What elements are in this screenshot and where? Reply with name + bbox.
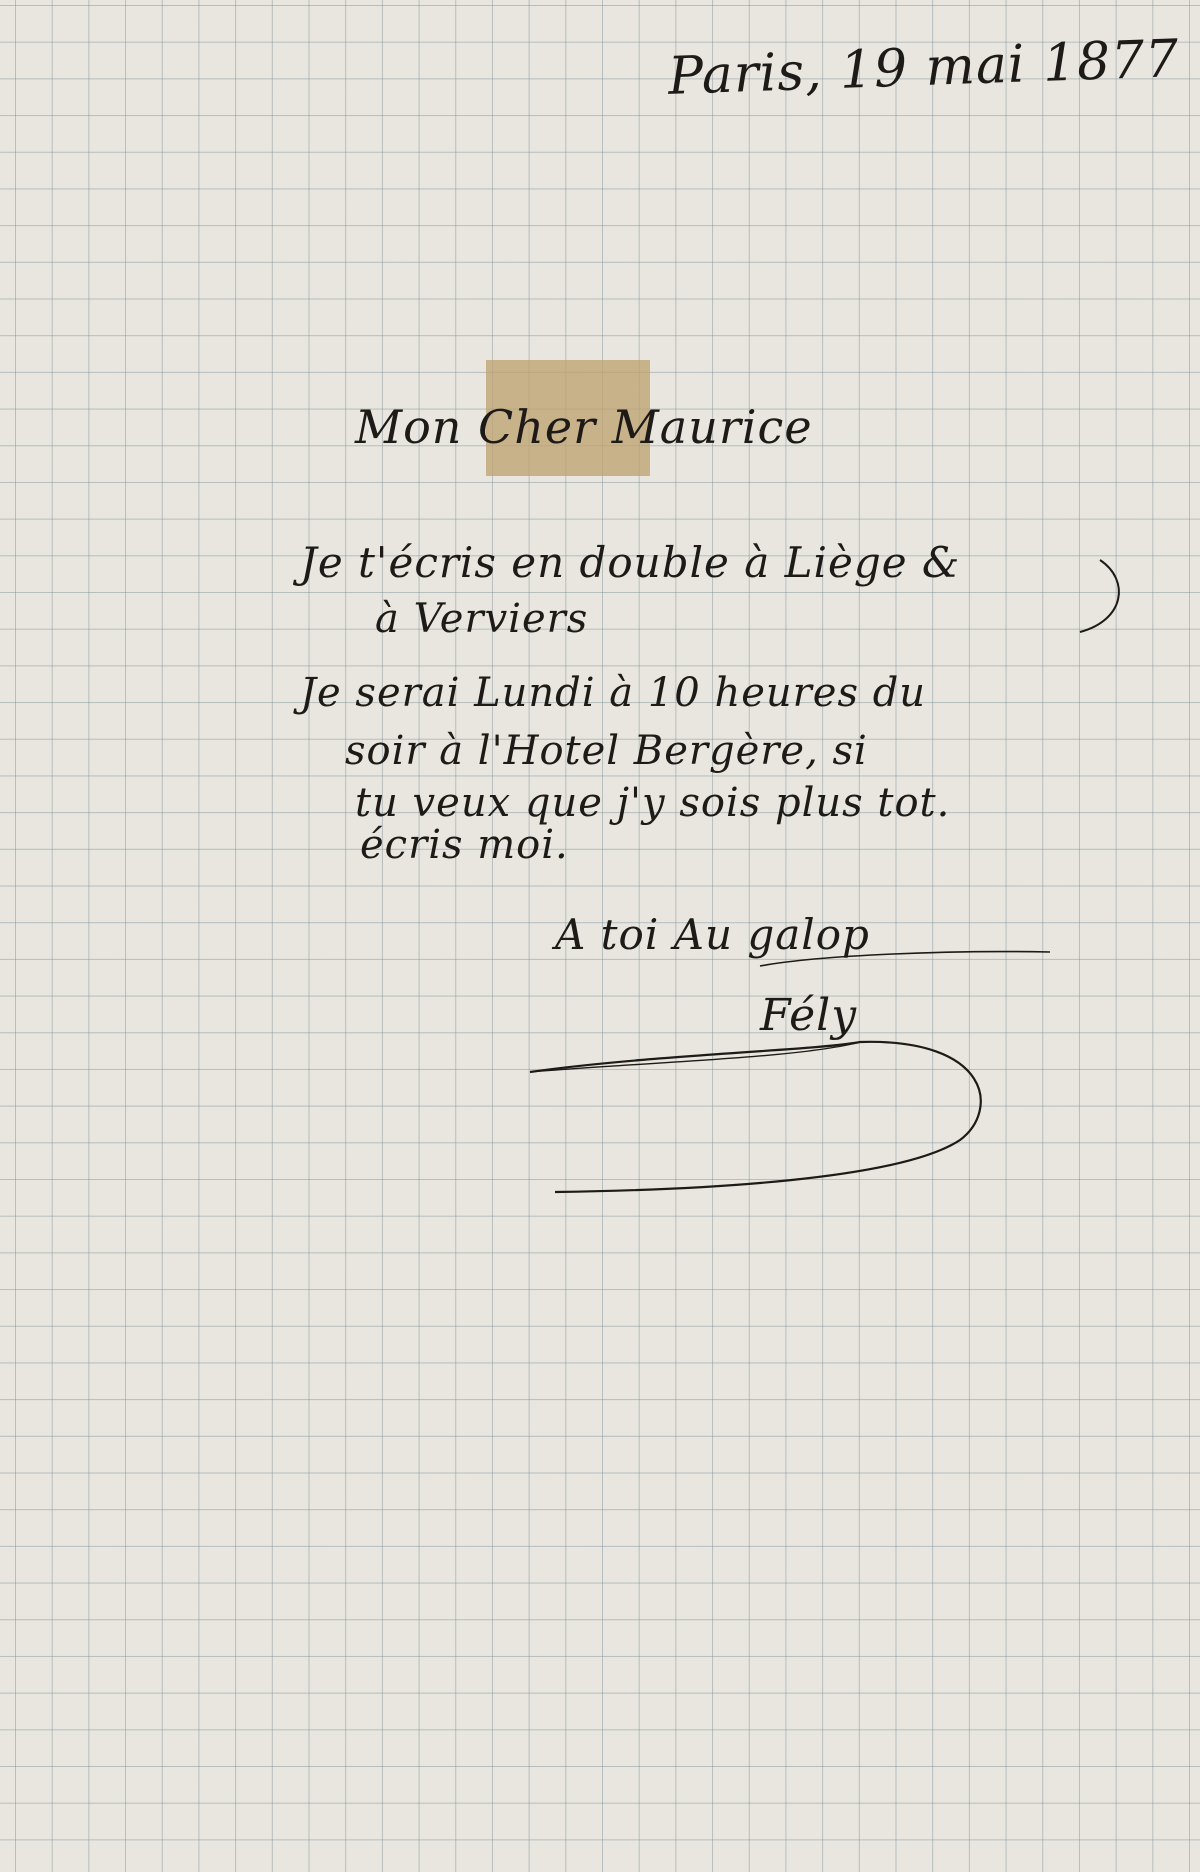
signature-flourish-icon [0,0,1200,1872]
